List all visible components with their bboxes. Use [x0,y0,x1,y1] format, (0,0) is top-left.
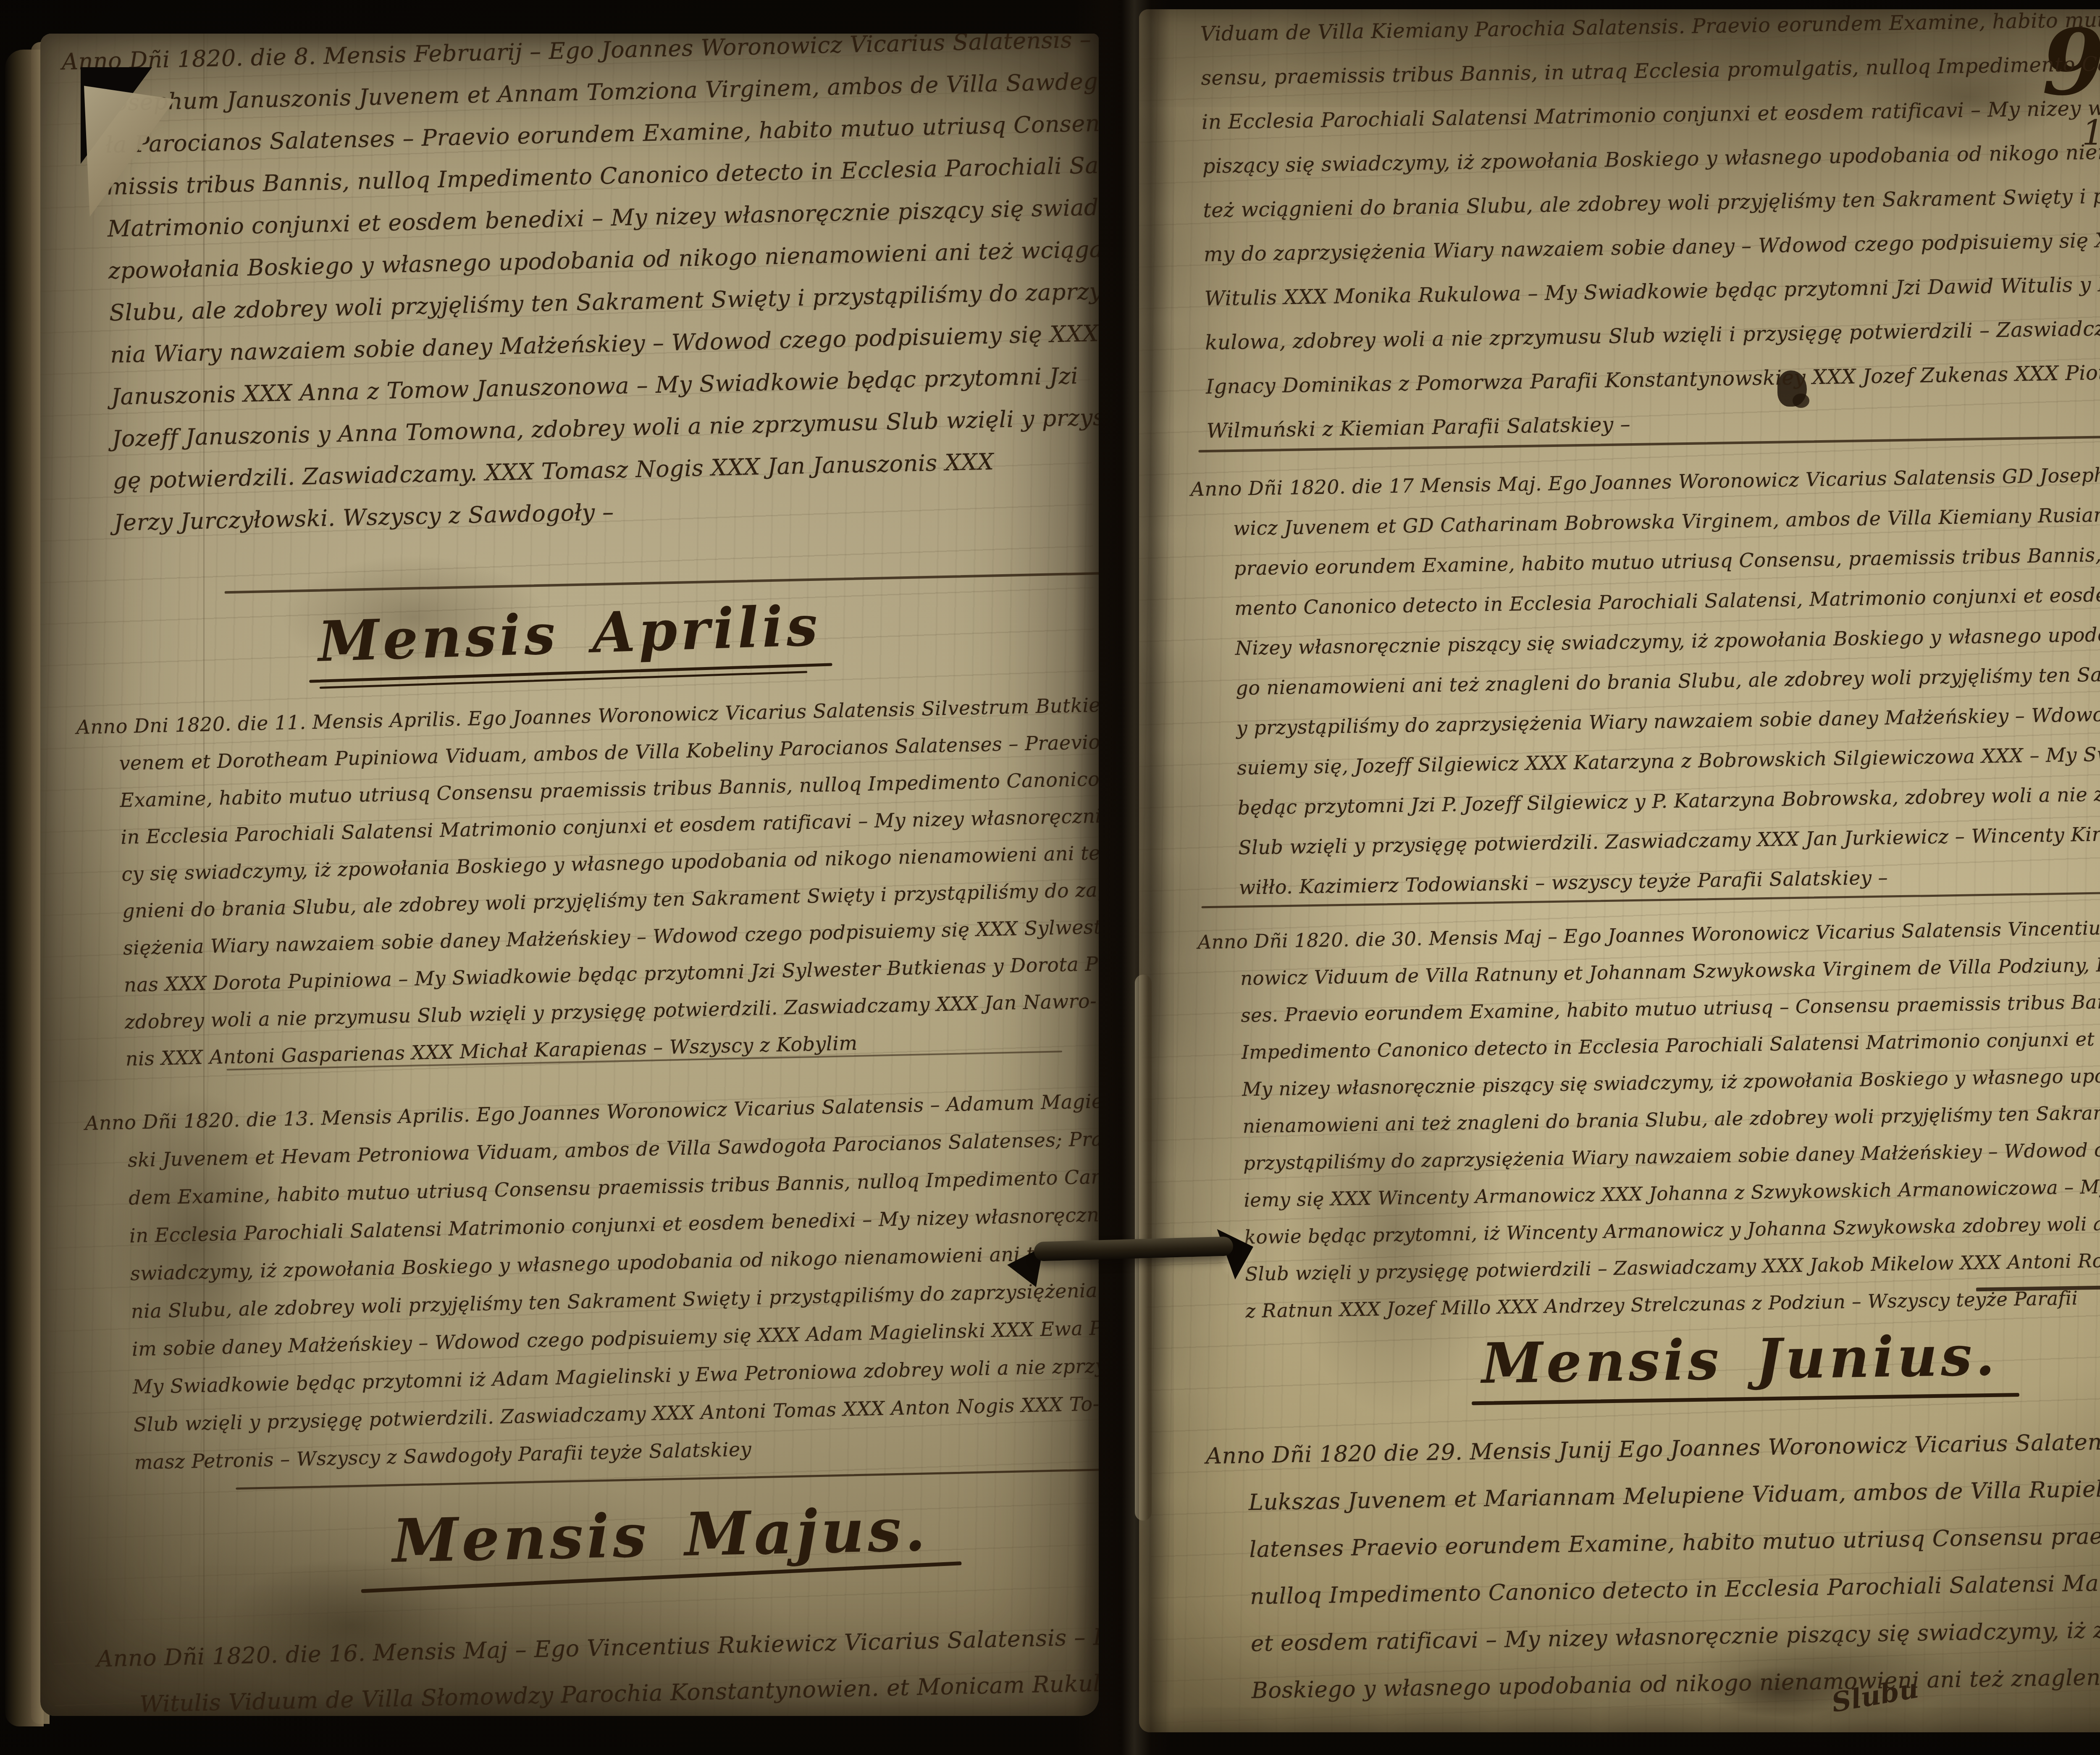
month-heading-majus: Mensis Majus. [391,1495,929,1585]
month-heading-aprilis: Mensis Aprilis [317,593,822,689]
month-heading-junius: Mensis Junius. [1481,1323,1998,1405]
entry-1820-05-30: Anno Dñi 1820. die 30. Mensis Maj – Ego … [1189,908,2100,1330]
left-page: Anno Dñi 1820. die 8. Mensis Februarij –… [40,34,1099,1716]
entry-1820-04-11: Anno Dni 1820. die 11. Mensis Aprilis. E… [68,686,1099,1079]
entry-1820-05-17: Anno Dñi 1820. die 17 Mensis Maj. Ego Jo… [1182,454,2100,909]
month-heading-label: Mensis Majus. [391,1495,929,1576]
entry-1820-04-13: Anno Dñi 1820. die 13. Mensis Aprilis. E… [76,1082,1099,1482]
right-page: 9 13 Viduam de Villa Kiemiany Parochia S… [1139,9,2100,1732]
gutter-shadow [1074,0,1170,1755]
entry-continuation: Viduam de Villa Kiemiany Parochia Salate… [1175,9,2100,454]
month-heading-label: Mensis Junius. [1481,1323,1998,1396]
entry-1820-02-08: Anno Dñi 1820. die 8. Mensis Februarij –… [53,34,1099,545]
entry-1820-06-29: Anno Dñi 1820 die 29. Mensis Junij Ego J… [1197,1417,2100,1715]
register-scan: Anno Dñi 1820. die 8. Mensis Februarij –… [0,0,2100,1755]
